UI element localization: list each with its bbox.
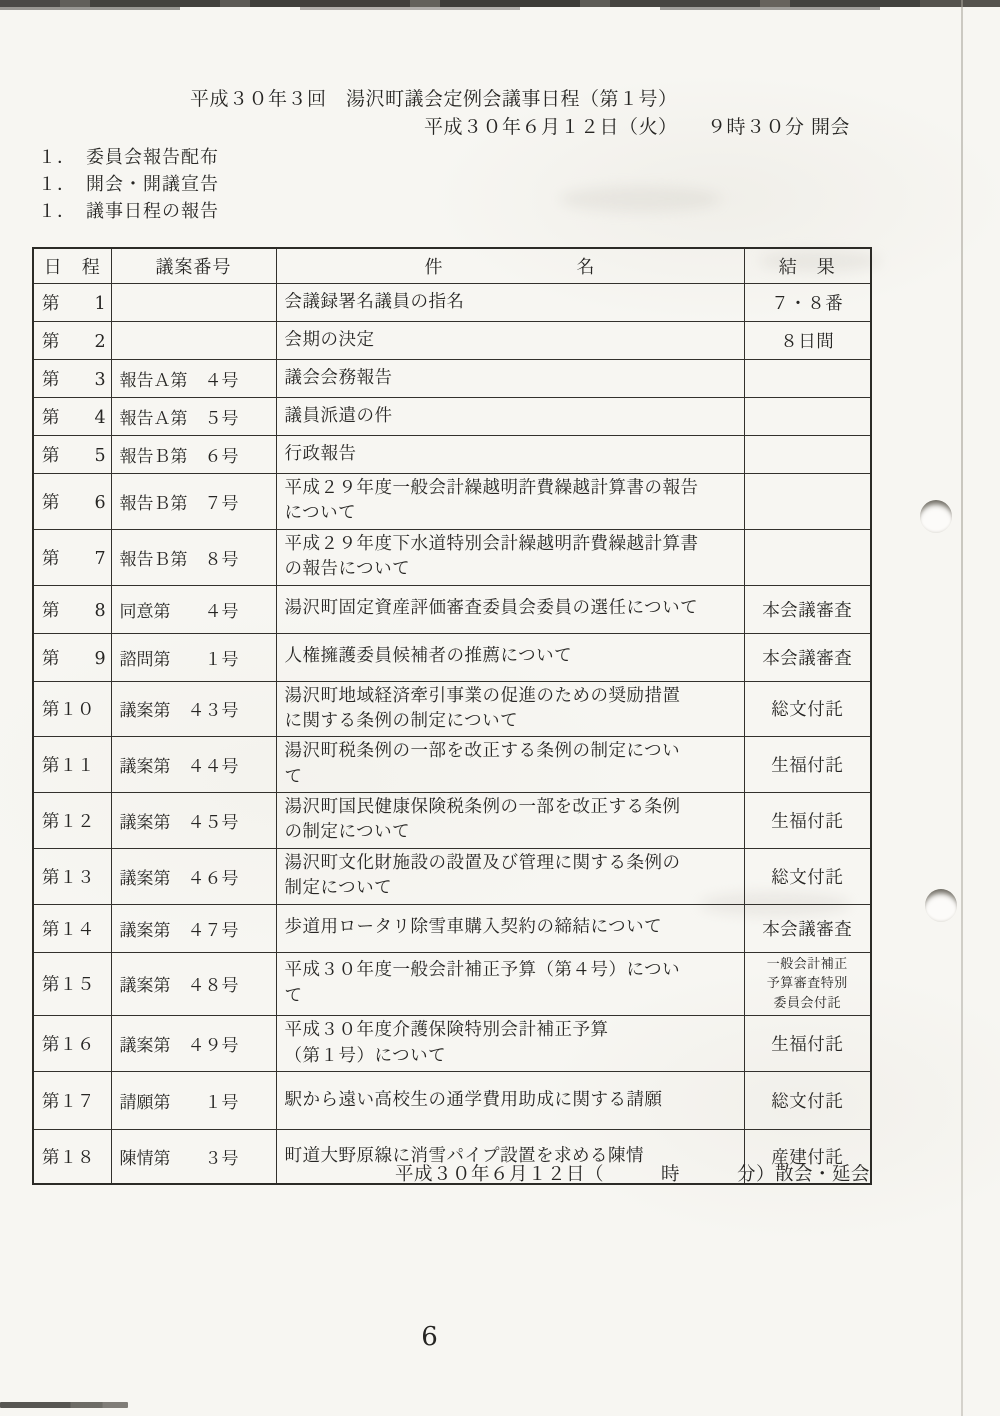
table-row: 第 7 報告Ｂ第 ８号 平成２９年度下水道特別会計繰越明許費繰越計算書 の報告に…: [33, 529, 871, 585]
table-row: 第１４ 議案第 ４７号 歩道用ロータリ除雪車購入契約の締結について 本会議審査: [33, 904, 871, 952]
scan-smudge: [560, 186, 720, 212]
table-row: 第 2 会期の決定 ８日間: [33, 322, 871, 360]
cell-schedule-no: 第１１: [33, 737, 111, 793]
preamble-list: １． 委員会報告配布 １． 開会・開議宣告 １． 議事日程の報告: [38, 144, 219, 225]
cell-case-number: 請願第 １号: [111, 1072, 276, 1130]
table-row: 第１２ 議案第 ４５号 湯沢町国民健康保険税条例の一部を改正する条例 の制定につ…: [33, 793, 871, 849]
paper-edge-line: [961, 0, 963, 1416]
header-schedule-no: 日 程: [33, 248, 111, 284]
table-body: 第 1 会議録署名議員の指名 ７・８番 第 2 会期の決定 ８日間 第 3 報告…: [33, 284, 871, 1184]
cell-schedule-no: 第 7: [33, 529, 111, 585]
cell-result: [744, 529, 871, 585]
table-row: 第 8 同意第 ４号 湯沢町固定資産評価審査委員会委員の選任について 本会議審査: [33, 585, 871, 633]
cell-subject: 人権擁護委員候補者の推薦について: [276, 633, 744, 681]
cell-subject: 平成３０年度一般会計補正予算（第４号）につい て: [276, 952, 744, 1016]
cell-schedule-no: 第 8: [33, 585, 111, 633]
cell-schedule-no: 第 4: [33, 398, 111, 436]
cell-subject: 平成３０年度介護保険特別会計補正予算 （第１号）について: [276, 1016, 744, 1072]
session-datetime: 平成３０年６月１２日（火） ９時３０分 開会: [424, 112, 850, 139]
cell-schedule-no: 第１０: [33, 681, 111, 737]
cell-schedule-no: 第１２: [33, 793, 111, 849]
table-row: 第 1 会議録署名議員の指名 ７・８番: [33, 284, 871, 322]
document-title: 平成３０年３回 湯沢町議会定例会議事日程（第１号）: [190, 84, 678, 111]
cell-subject: 行政報告: [276, 436, 744, 474]
cell-schedule-no: 第１７: [33, 1072, 111, 1130]
page-number: 6: [0, 1322, 860, 1352]
cell-result: 総文付託: [744, 848, 871, 904]
cell-result: 本会議審査: [744, 633, 871, 681]
table-row: 第 4 報告Ａ第 ５号 議員派遣の件: [33, 398, 871, 436]
cell-subject: 平成２９年度一般会計繰越明許費繰越計算書の報告 について: [276, 474, 744, 530]
adjournment-line: 平成３０年６月１２日（ 時 分）散会・延会: [32, 1160, 870, 1186]
cell-schedule-no: 第 6: [33, 474, 111, 530]
cell-schedule-no: 第 2: [33, 322, 111, 360]
cell-subject: 湯沢町地域経済牽引事業の促進のための奨励措置 に関する条例の制定について: [276, 681, 744, 737]
cell-case-number: [111, 284, 276, 322]
cell-schedule-no: 第１６: [33, 1016, 111, 1072]
cell-case-number: 同意第 ４号: [111, 585, 276, 633]
cell-case-number: 報告Ｂ第 ８号: [111, 529, 276, 585]
header-subject: 件 名: [276, 248, 744, 284]
cell-case-number: 議案第 ４４号: [111, 737, 276, 793]
header-result: 結 果: [744, 248, 871, 284]
cell-case-number: 議案第 ４６号: [111, 848, 276, 904]
table-row: 第 6 報告Ｂ第 ７号 平成２９年度一般会計繰越明許費繰越計算書の報告 について: [33, 474, 871, 530]
cell-schedule-no: 第 3: [33, 360, 111, 398]
cell-result: [744, 474, 871, 530]
cell-subject: 駅から遠い高校生の通学費用助成に関する請願: [276, 1072, 744, 1130]
cell-case-number: 報告Ａ第 ５号: [111, 398, 276, 436]
cell-case-number: 議案第 ４３号: [111, 681, 276, 737]
cell-result: [744, 436, 871, 474]
agenda-table: 日 程 議案番号 件 名 結 果 第 1 会議録署名議員の指名 ７・８番 第 2…: [32, 247, 872, 1185]
table-row: 第１３ 議案第 ４６号 湯沢町文化財施設の設置及び管理に関する条例の 制定につい…: [33, 848, 871, 904]
cell-subject: 湯沢町固定資産評価審査委員会委員の選任について: [276, 585, 744, 633]
cell-schedule-no: 第１５: [33, 952, 111, 1016]
table-row: 第１１ 議案第 ４４号 湯沢町税条例の一部を改正する条例の制定につい て 生福付…: [33, 737, 871, 793]
cell-subject: 会議録署名議員の指名: [276, 284, 744, 322]
preamble-item: １． 開会・開議宣告: [38, 171, 219, 198]
cell-case-number: 議案第 ４８号: [111, 952, 276, 1016]
cell-result: 本会議審査: [744, 585, 871, 633]
cell-schedule-no: 第１３: [33, 848, 111, 904]
cell-case-number: 報告Ｂ第 ６号: [111, 436, 276, 474]
cell-result: 生福付託: [744, 1016, 871, 1072]
cell-result: 本会議審査: [744, 904, 871, 952]
cell-subject: 湯沢町国民健康保険税条例の一部を改正する条例 の制定について: [276, 793, 744, 849]
table-header-row: 日 程 議案番号 件 名 結 果: [33, 248, 871, 284]
cell-schedule-no: 第 1: [33, 284, 111, 322]
cell-result: 生福付託: [744, 737, 871, 793]
table-row: 第１５ 議案第 ４８号 平成３０年度一般会計補正予算（第４号）につい て 一般会…: [33, 952, 871, 1016]
punch-hole: [925, 889, 957, 922]
cell-schedule-no: 第 5: [33, 436, 111, 474]
cell-result: 一般会計補正 予算審査特別 委員会付託: [744, 952, 871, 1016]
cell-schedule-no: 第１４: [33, 904, 111, 952]
cell-subject: 歩道用ロータリ除雪車購入契約の締結について: [276, 904, 744, 952]
table-row: 第１０ 議案第 ４３号 湯沢町地域経済牽引事業の促進のための奨励措置 に関する条…: [33, 681, 871, 737]
punch-hole: [920, 500, 952, 533]
cell-result: [744, 398, 871, 436]
table-row: 第１７ 請願第 １号 駅から遠い高校生の通学費用助成に関する請願 総文付託: [33, 1072, 871, 1130]
table-row: 第１６ 議案第 ４９号 平成３０年度介護保険特別会計補正予算 （第１号）について…: [33, 1016, 871, 1072]
cell-result: ８日間: [744, 322, 871, 360]
table-row: 第 5 報告Ｂ第 ６号 行政報告: [33, 436, 871, 474]
scan-edge-artifact-bottom: [0, 1402, 128, 1408]
preamble-item: １． 議事日程の報告: [38, 198, 219, 225]
cell-result: 総文付託: [744, 1072, 871, 1130]
cell-schedule-no: 第 9: [33, 633, 111, 681]
cell-result: 生福付託: [744, 793, 871, 849]
cell-case-number: 諮問第 １号: [111, 633, 276, 681]
cell-result: ７・８番: [744, 284, 871, 322]
cell-subject: 議会会務報告: [276, 360, 744, 398]
table-row: 第 3 報告Ａ第 ４号 議会会務報告: [33, 360, 871, 398]
cell-case-number: 議案第 ４９号: [111, 1016, 276, 1072]
cell-result: [744, 360, 871, 398]
scan-edge-artifact-top: [0, 0, 1000, 7]
preamble-item: １． 委員会報告配布: [38, 144, 219, 171]
cell-case-number: 議案第 ４７号: [111, 904, 276, 952]
cell-subject: 平成２９年度下水道特別会計繰越明許費繰越計算書 の報告について: [276, 529, 744, 585]
cell-subject: 会期の決定: [276, 322, 744, 360]
cell-case-number: 報告Ａ第 ４号: [111, 360, 276, 398]
cell-case-number: 議案第 ４５号: [111, 793, 276, 849]
cell-subject: 湯沢町税条例の一部を改正する条例の制定につい て: [276, 737, 744, 793]
cell-subject: 湯沢町文化財施設の設置及び管理に関する条例の 制定について: [276, 848, 744, 904]
cell-case-number: [111, 322, 276, 360]
cell-subject: 議員派遣の件: [276, 398, 744, 436]
header-case-number: 議案番号: [111, 248, 276, 284]
cell-result: 総文付託: [744, 681, 871, 737]
cell-case-number: 報告Ｂ第 ７号: [111, 474, 276, 530]
table-row: 第 9 諮問第 １号 人権擁護委員候補者の推薦について 本会議審査: [33, 633, 871, 681]
